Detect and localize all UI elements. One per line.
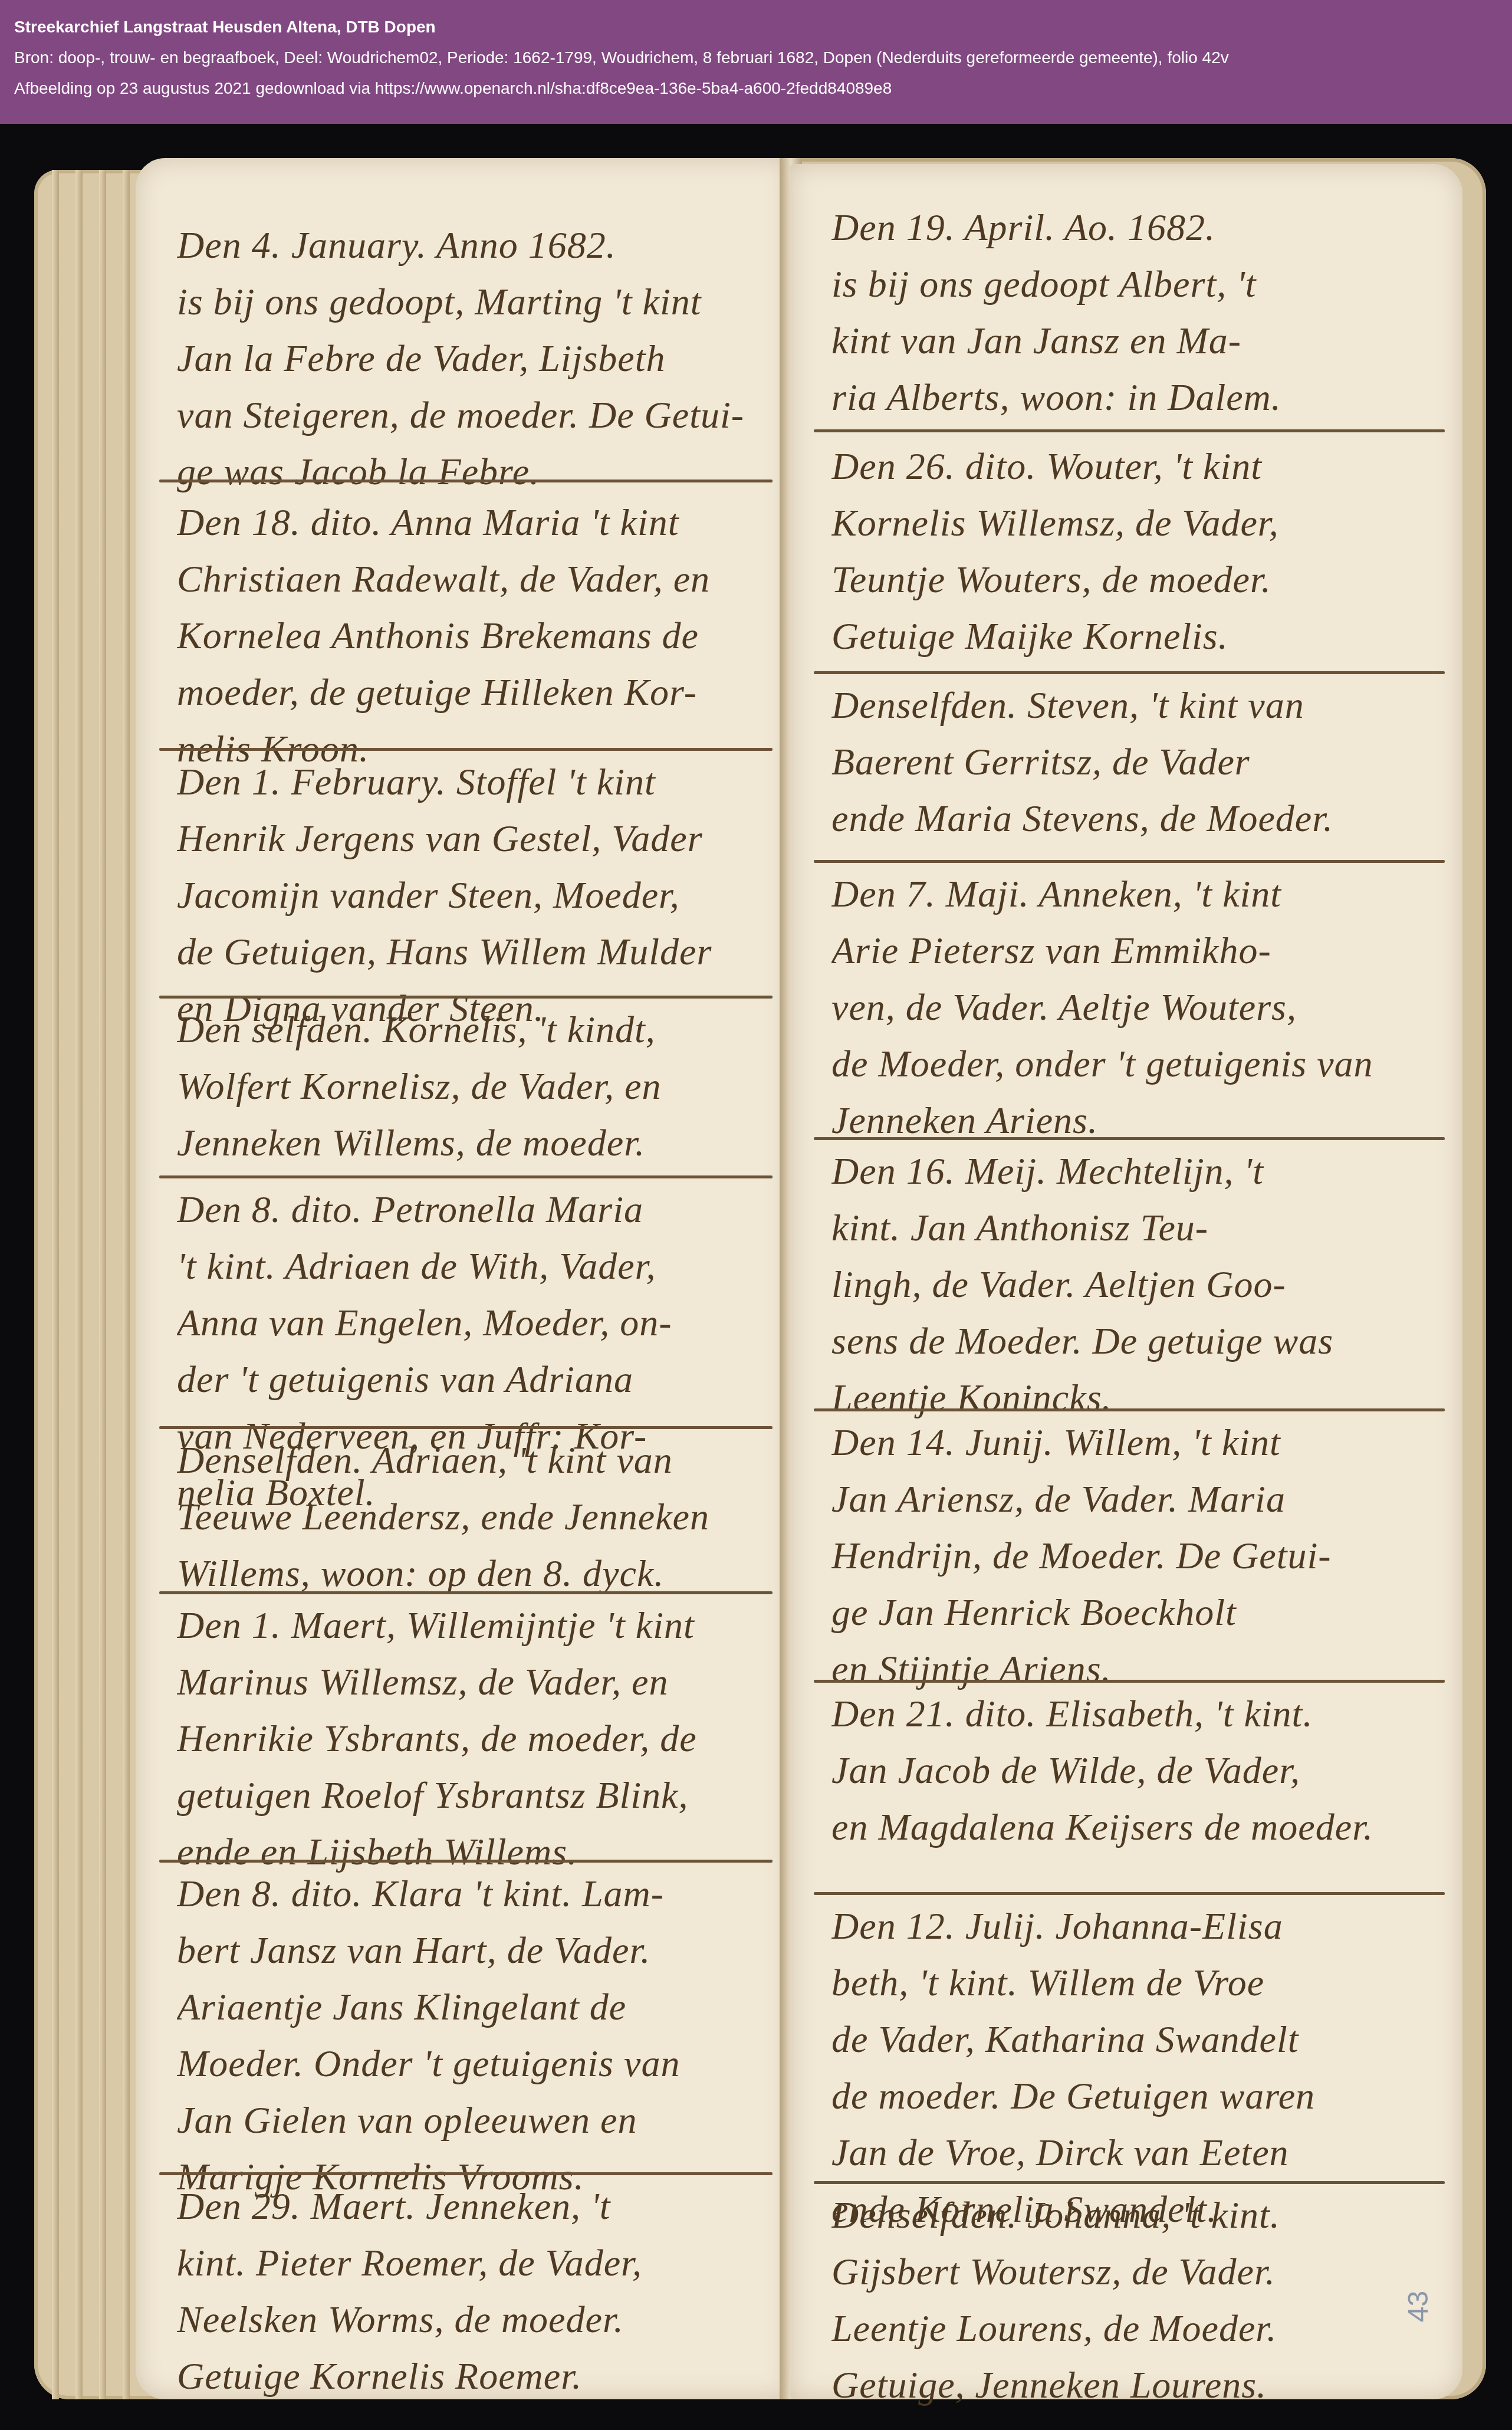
baptism-entry: Den 26. dito. Wouter, 't kint Kornelis W… [826, 438, 1439, 665]
entry-line: Wolfert Kornelisz, de Vader, en [177, 1058, 761, 1115]
entry-line: Jenneken Ariens. [831, 1092, 1433, 1149]
entry-line: lingh, de Vader. Aeltjen Goo- [831, 1256, 1433, 1313]
entry-line: Den 12. Julij. Johanna-Elisa [831, 1898, 1433, 1955]
right-page: Den 19. April. Ao. 1682. is bij ons gedo… [790, 164, 1462, 2399]
entry-line: bert Jansz van Hart, de Vader. [177, 1922, 761, 1979]
entry-line: ge Jan Henrick Boeckholt [831, 1584, 1433, 1641]
entry-line: Den 16. Meij. Mechtelijn, 't [831, 1143, 1433, 1200]
entry-line: Anna van Engelen, Moeder, on- [177, 1295, 761, 1351]
entry-divider [159, 996, 773, 999]
entry-line: Denselfden. Johanna, 't kint. [831, 2187, 1433, 2244]
source-description: Bron: doop-, trouw- en begraafboek, Deel… [14, 42, 1498, 73]
folio-number: 43 [1402, 2291, 1435, 2322]
entry-line: Moeder. Onder 't getuigenis van [177, 2035, 761, 2092]
entry-line: Leentje Lourens, de Moeder. [831, 2300, 1433, 2357]
entry-line: Jacomijn vander Steen, Moeder, [177, 867, 761, 924]
entry-line: Kornelea Anthonis Brekemans de [177, 607, 761, 664]
baptism-entry: Den 1. Maert, Willemijntje 't kint Marin… [171, 1597, 767, 1880]
entry-line: de Getuigen, Hans Willem Mulder [177, 924, 761, 980]
entry-line: ende Maria Stevens, de Moeder. [831, 790, 1433, 847]
entry-line: de moeder. De Getuigen waren [831, 2068, 1433, 2124]
entry-line: en Magdalena Keijsers de moeder. [831, 1799, 1433, 1856]
entry-line: Christiaen Radewalt, de Vader, en [177, 551, 761, 607]
entry-line: is bij ons gedoopt Albert, 't [831, 256, 1433, 313]
baptism-entry: Den 29. Maert. Jenneken, 't kint. Pieter… [171, 2178, 767, 2405]
entry-line: Den 14. Junij. Willem, 't kint [831, 1414, 1433, 1471]
entry-line: kint. Pieter Roemer, de Vader, [177, 2235, 761, 2291]
entry-line: ge was Jacob la Febre. [177, 444, 761, 500]
baptism-entry: Den 16. Meij. Mechtelijn, 't kint. Jan A… [826, 1143, 1439, 1426]
entry-divider [159, 1426, 773, 1429]
page-edge [75, 170, 83, 2399]
entry-line: sens de Moeder. De getuige was [831, 1313, 1433, 1370]
entry-line: Hendrijn, de Moeder. De Getui- [831, 1528, 1433, 1584]
entry-divider [159, 2172, 773, 2175]
entry-line: Den 19. April. Ao. 1682. [831, 199, 1433, 256]
entry-line: Arie Pietersz van Emmikho- [831, 922, 1433, 979]
entry-divider [814, 860, 1445, 863]
entry-line: Neelsken Worms, de moeder. [177, 2291, 761, 2348]
entry-line: Denselfden. Steven, 't kint van [831, 677, 1433, 734]
baptism-entry: Den 1. February. Stoffel 't kint Henrik … [171, 754, 767, 1037]
entry-line: de Moeder, onder 't getuigenis van [831, 1036, 1433, 1092]
entry-line: Jenneken Willems, de moeder. [177, 1115, 761, 1171]
entry-line: Henrik Jergens van Gestel, Vader [177, 810, 761, 867]
entry-line: der 't getuigenis van Adriana [177, 1351, 761, 1408]
entry-line: de Vader, Katharina Swandelt [831, 2011, 1433, 2068]
entry-line: Denselfden. Adriaen, 't kint van [177, 1432, 761, 1489]
entry-line: Gijsbert Woutersz, de Vader. [831, 2244, 1433, 2300]
entry-line: Marinus Willemsz, de Vader, en [177, 1654, 761, 1710]
baptism-entry: Den 7. Maji. Anneken, 't kint Arie Piete… [826, 866, 1439, 1149]
baptism-entry: Denselfden. Steven, 't kint van Baerent … [826, 677, 1439, 847]
baptism-entry: Den 14. Junij. Willem, 't kint Jan Arien… [826, 1414, 1439, 1697]
page-edge [123, 170, 130, 2399]
entry-line: beth, 't kint. Willem de Vroe [831, 1955, 1433, 2011]
entry-line: Teeuwe Leendersz, ende Jenneken [177, 1489, 761, 1545]
baptism-entry: Den 8. dito. Klara 't kint. Lam- bert Ja… [171, 1866, 767, 2205]
baptism-entry: Den 4. January. Anno 1682. is bij ons ge… [171, 217, 767, 500]
entry-divider [159, 1860, 773, 1863]
archive-caption-banner: Streekarchief Langstraat Heusden Altena,… [0, 0, 1512, 124]
entry-divider [814, 1680, 1445, 1683]
entry-line: Den 29. Maert. Jenneken, 't [177, 2178, 761, 2235]
baptism-entry: Den 18. dito. Anna Maria 't kint Christi… [171, 494, 767, 777]
baptism-entry: Den 21. dito. Elisabeth, 't kint. Jan Ja… [826, 1686, 1439, 1856]
entry-divider [814, 429, 1445, 432]
page-edge [52, 170, 59, 2399]
baptism-entry: Den 19. April. Ao. 1682. is bij ons gedo… [826, 199, 1439, 426]
entry-line: Henrikie Ysbrants, de moeder, de [177, 1710, 761, 1767]
entry-line: Den 8. dito. Klara 't kint. Lam- [177, 1866, 761, 1922]
entry-divider [814, 1408, 1445, 1411]
entry-divider [814, 1137, 1445, 1140]
entry-line: Den 18. dito. Anna Maria 't kint [177, 494, 761, 551]
entry-line: 't kint. Adriaen de With, Vader, [177, 1238, 761, 1295]
entry-line: Kornelis Willemsz, de Vader, [831, 495, 1433, 551]
entry-line: Den selfden. Kornelis, 't kindt, [177, 1001, 761, 1058]
entry-line: Den 1. Maert, Willemijntje 't kint [177, 1597, 761, 1654]
download-note: Afbeelding op 23 augustus 2021 gedownloa… [14, 73, 1498, 104]
page-edge [99, 170, 106, 2399]
entry-line: Jan la Febre de Vader, Lijsbeth [177, 330, 761, 387]
entry-line: Baerent Gerritsz, de Vader [831, 734, 1433, 790]
baptism-entry: Denselfden. Adriaen, 't kint van Teeuwe … [171, 1432, 767, 1602]
entry-line: Teuntje Wouters, de moeder. [831, 551, 1433, 608]
entry-line: is bij ons gedoopt, Marting 't kint [177, 274, 761, 330]
entry-divider [159, 748, 773, 751]
entry-divider [814, 1892, 1445, 1895]
entry-line: moeder, de getuige Hilleken Kor- [177, 664, 761, 721]
entry-divider [159, 1175, 773, 1178]
entry-line: kint. Jan Anthonisz Teu- [831, 1200, 1433, 1256]
entry-line: van Steigeren, de moeder. De Getui- [177, 387, 761, 444]
entry-divider [814, 671, 1445, 674]
entry-line: kint van Jan Jansz en Ma- [831, 313, 1433, 369]
entry-divider [159, 1591, 773, 1594]
entry-line: Den 1. February. Stoffel 't kint [177, 754, 761, 810]
entry-line: Den 26. dito. Wouter, 't kint [831, 438, 1433, 495]
entry-line: Den 8. dito. Petronella Maria [177, 1181, 761, 1238]
entry-line: Den 7. Maji. Anneken, 't kint [831, 866, 1433, 922]
left-page: Den 4. January. Anno 1682. is bij ons ge… [136, 158, 790, 2399]
archive-title: Streekarchief Langstraat Heusden Altena,… [14, 12, 1498, 42]
entry-line: ven, de Vader. Aeltje Wouters, [831, 979, 1433, 1036]
entry-line: Jan Ariensz, de Vader. Maria [831, 1471, 1433, 1528]
entry-line: Ariaentje Jans Klingelant de [177, 1979, 761, 2035]
entry-line: Jan de Vroe, Dirck van Eeten [831, 2124, 1433, 2181]
entry-divider [814, 2181, 1445, 2184]
baptism-entry: Den selfden. Kornelis, 't kindt, Wolfert… [171, 1001, 767, 1171]
entry-line: Den 4. January. Anno 1682. [177, 217, 761, 274]
entry-line: Jan Jacob de Wilde, de Vader, [831, 1742, 1433, 1799]
entry-line: ria Alberts, woon: in Dalem. [831, 369, 1433, 426]
entry-line: Getuige Maijke Kornelis. [831, 608, 1433, 665]
entry-line: Den 21. dito. Elisabeth, 't kint. [831, 1686, 1433, 1742]
entry-line: Getuige, Jenneken Lourens. [831, 2357, 1433, 2413]
entry-divider [159, 480, 773, 482]
entry-line: Jan Gielen van opleeuwen en [177, 2092, 761, 2149]
baptism-entry: Denselfden. Johanna, 't kint. Gijsbert W… [826, 2187, 1439, 2413]
entry-line: getuigen Roelof Ysbrantsz Blink, [177, 1767, 761, 1824]
entry-line: Getuige Kornelis Roemer. [177, 2348, 761, 2405]
open-register-book: Den 4. January. Anno 1682. is bij ons ge… [24, 134, 1492, 2423]
